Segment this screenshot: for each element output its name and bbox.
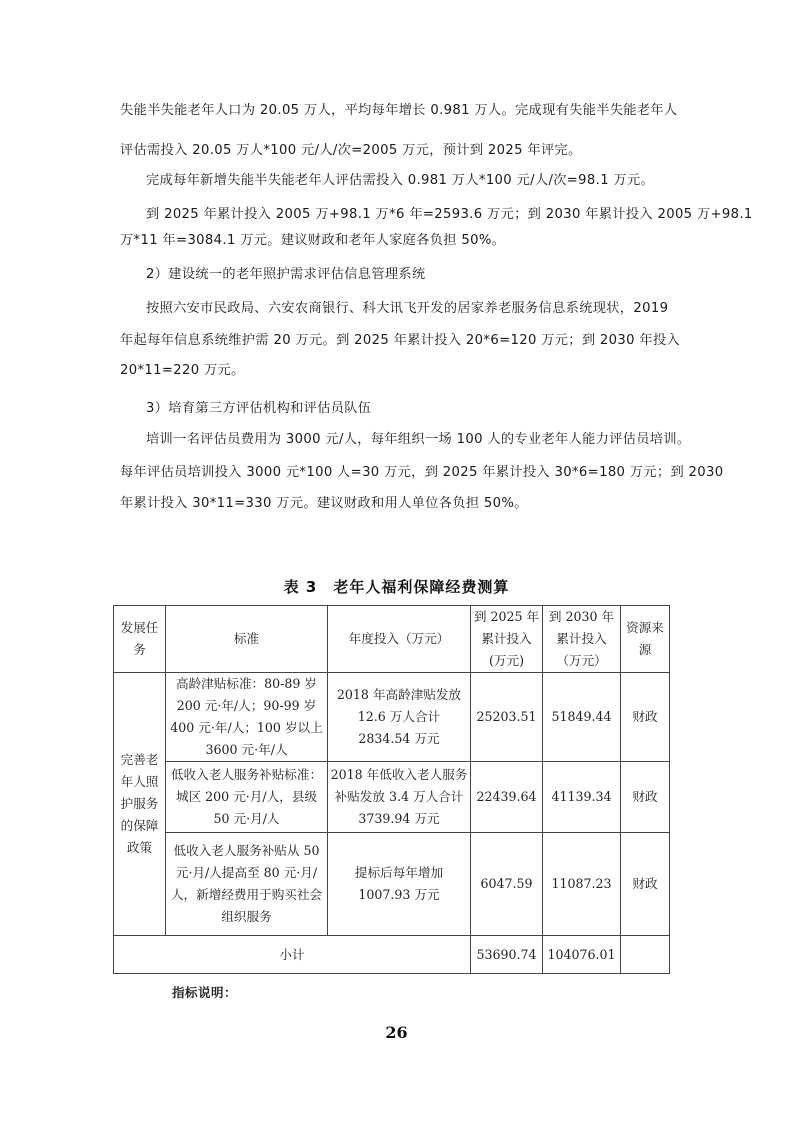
annual-cell: 2018 年低收入老人服务补贴发放 3.4 万人合计 3739.94 万元 <box>328 762 471 833</box>
header-annual: 年度投入（万元） <box>328 606 471 673</box>
paragraph-line: 培训一名评估员费用为 3000 元/人，每年组织一场 100 人的专业老年人能力… <box>146 432 706 448</box>
paragraph-line: 完成每年新增失能半失能老年人评估需投入 0.981 万人*100 元/人/次=9… <box>146 173 706 189</box>
source-cell: 财政 <box>621 673 670 762</box>
section-heading: 3）培育第三方评估机构和评估员队伍 <box>146 401 706 417</box>
source-cell: 财政 <box>621 762 670 833</box>
paragraph-line: 到 2025 年累计投入 2005 万+98.1 万*6 年=2593.6 万元… <box>146 207 706 223</box>
section-heading: 2）建设统一的老年照护需求评估信息管理系统 <box>146 267 706 283</box>
header-source: 资源来源 <box>621 606 670 673</box>
paragraph-line: 万*11 年=3084.1 万元。建议财政和老年人家庭各负担 50%。 <box>120 233 680 249</box>
header-standard: 标准 <box>166 606 328 673</box>
table-row: 低收入老人服务补贴标准：城区 200 元·月/人，县级 50 元·月/人 201… <box>114 762 670 833</box>
paragraph-line: 年累计投入 30*11=330 万元。建议财政和用人单位各负担 50%。 <box>120 496 680 512</box>
source-cell: 财政 <box>621 833 670 936</box>
subtotal-cum2025: 53690.74 <box>471 936 543 974</box>
standard-cell: 低收入老人服务补贴标准：城区 200 元·月/人，县级 50 元·月/人 <box>166 762 328 833</box>
paragraph-line: 失能半失能老年人口为 20.05 万人，平均每年增长 0.981 万人。完成现有… <box>120 103 680 119</box>
paragraph-line: 20*11=220 万元。 <box>120 363 680 379</box>
header-cum2025: 到 2025 年累计投入(万元) <box>471 606 543 673</box>
standard-cell: 低收入老人服务补贴从 50 元·月/人提高至 80 元·月/人，新增经费用于购买… <box>166 833 328 936</box>
header-cum2030: 到 2030 年累计投入（万元） <box>543 606 621 673</box>
cum2025-cell: 25203.51 <box>471 673 543 762</box>
page-number: 26 <box>0 1023 793 1042</box>
table-row: 完善老年人照护服务的保障政策 高龄津贴标准：80-89 岁 200 元·年/人；… <box>114 673 670 762</box>
table-title: 表 3 老年人福利保障经费测算 <box>0 576 793 597</box>
standard-cell: 高龄津贴标准：80-89 岁 200 元·年/人；90-99 岁 400 元·年… <box>166 673 328 762</box>
cum2030-cell: 11087.23 <box>543 833 621 936</box>
indicator-note-label: 指标说明： <box>172 983 237 1001</box>
budget-table: 发展任务 标准 年度投入（万元） 到 2025 年累计投入(万元) 到 2030… <box>113 605 670 974</box>
subtotal-label: 小计 <box>114 936 471 974</box>
subtotal-source <box>621 936 670 974</box>
paragraph-line: 评估需投入 20.05 万人*100 元/人/次=2005 万元，预计到 202… <box>120 143 680 159</box>
annual-cell: 提标后每年增加 1007.93 万元 <box>328 833 471 936</box>
cum2025-cell: 22439.64 <box>471 762 543 833</box>
paragraph-line: 按照六安市民政局、六安农商银行、科大讯飞开发的居家养老服务信息系统现状，2019 <box>146 301 706 317</box>
paragraph-line: 每年评估员培训投入 3000 元*100 人=30 万元，到 2025 年累计投… <box>120 465 680 481</box>
cum2025-cell: 6047.59 <box>471 833 543 936</box>
cum2030-cell: 41139.34 <box>543 762 621 833</box>
annual-cell: 2018 年高龄津贴发放 12.6 万人合计 2834.54 万元 <box>328 673 471 762</box>
header-task: 发展任务 <box>114 606 166 673</box>
table-header-row: 发展任务 标准 年度投入（万元） 到 2025 年累计投入(万元) 到 2030… <box>114 606 670 673</box>
paragraph-line: 年起每年信息系统维护需 20 万元。到 2025 年累计投入 20*6=120 … <box>120 333 680 349</box>
task-cell: 完善老年人照护服务的保障政策 <box>114 673 166 936</box>
cum2030-cell: 51849.44 <box>543 673 621 762</box>
subtotal-cum2030: 104076.01 <box>543 936 621 974</box>
subtotal-row: 小计 53690.74 104076.01 <box>114 936 670 974</box>
table-row: 低收入老人服务补贴从 50 元·月/人提高至 80 元·月/人，新增经费用于购买… <box>114 833 670 936</box>
